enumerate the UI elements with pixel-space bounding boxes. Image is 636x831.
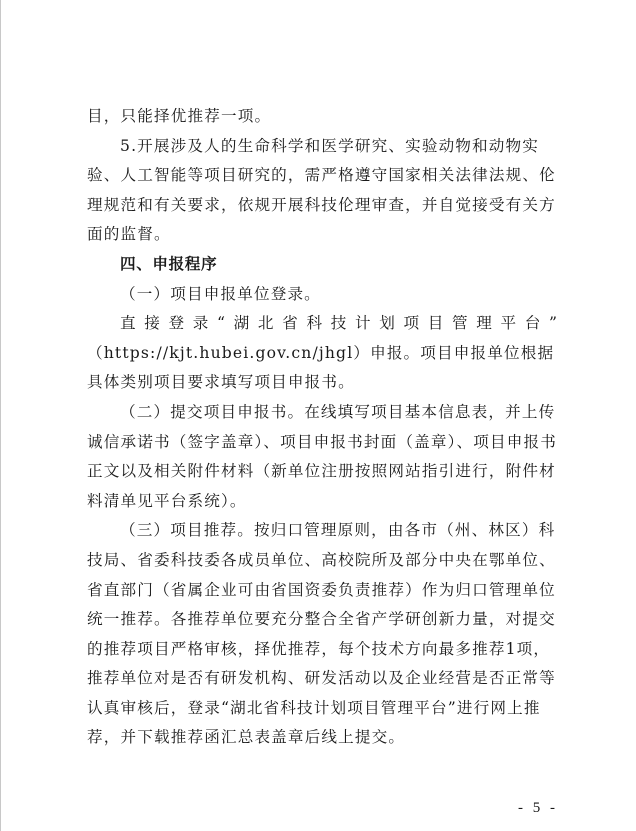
paragraph-line: 诚信承诺书（签字盖章）、项目申报书封面（盖章）、项目申报书 bbox=[87, 428, 557, 458]
paragraph-line: 正文以及相关附件材料（新单位注册按照网站指引进行，附件材 bbox=[87, 457, 557, 487]
paragraph-line: （二）提交项目申报书。在线填写项目基本信息表，并上传 bbox=[87, 398, 557, 428]
paragraph-line-url: （https://kjt.hubei.gov.cn/jhgl）申报。项目申报单位… bbox=[87, 339, 557, 369]
paragraph-line: 认真审核后，登录“湖北省科技计划项目管理平台”进行网上推 bbox=[87, 694, 557, 724]
document-body: 目，只能择优推荐一项。 5.开展涉及人的生命科学和医学研究、实验动物和动物实 验… bbox=[87, 102, 557, 753]
paragraph-line: 直接登录“湖北省科技计划项目管理平台” bbox=[87, 309, 557, 339]
page-left-edge bbox=[0, 0, 1, 831]
section-heading: 四、申报程序 bbox=[87, 250, 557, 280]
paragraph-line: 料清单见平台系统）。 bbox=[87, 487, 557, 517]
subsection-runin-title: （三）项目推荐。 bbox=[120, 521, 254, 539]
paragraph-line: 5.开展涉及人的生命科学和医学研究、实验动物和动物实 bbox=[87, 132, 557, 162]
paragraph-line: 理规范和有关要求，依规开展科技伦理审查，并自觉接受有关方 bbox=[87, 191, 557, 221]
paragraph-text: 按归口管理原则，由各市（州、林区）科 bbox=[254, 521, 555, 539]
paragraph-line: （三）项目推荐。按归口管理原则，由各市（州、林区）科 bbox=[87, 516, 557, 546]
paragraph-line: 技局、省委科技委各成员单位、高校院所及部分中央在鄂单位、 bbox=[87, 546, 557, 576]
page-number: - 5 - bbox=[518, 800, 558, 817]
paragraph-line: 验、人工智能等项目研究的，需严格遵守国家相关法律法规、伦 bbox=[87, 161, 557, 191]
paragraph-line: 省直部门（省属企业可由省国资委负责推荐）作为归口管理单位 bbox=[87, 576, 557, 606]
paragraph-text: 在线填写项目基本信息表，并上传 bbox=[304, 403, 555, 421]
paragraph-line: 目，只能择优推荐一项。 bbox=[87, 102, 557, 132]
paragraph-line: 荐，并下载推荐函汇总表盖章后线上提交。 bbox=[87, 723, 557, 753]
subsection-runin-title: （二）提交项目申报书。 bbox=[120, 403, 304, 421]
paragraph-line: 具体类别项目要求填写项目申报书。 bbox=[87, 368, 557, 398]
paragraph-line: 的推荐项目严格审核，择优推荐，每个技术方向最多推荐1项， bbox=[87, 635, 557, 665]
paragraph-line: 推荐单位对是否有研发机构、研发活动以及企业经营是否正常等 bbox=[87, 664, 557, 694]
paragraph-line: 面的监督。 bbox=[87, 220, 557, 250]
subsection-title: （一）项目申报单位登录。 bbox=[87, 280, 557, 310]
paragraph-line: 统一推荐。各推荐单位要充分整合全省产学研创新力量，对提交 bbox=[87, 605, 557, 635]
